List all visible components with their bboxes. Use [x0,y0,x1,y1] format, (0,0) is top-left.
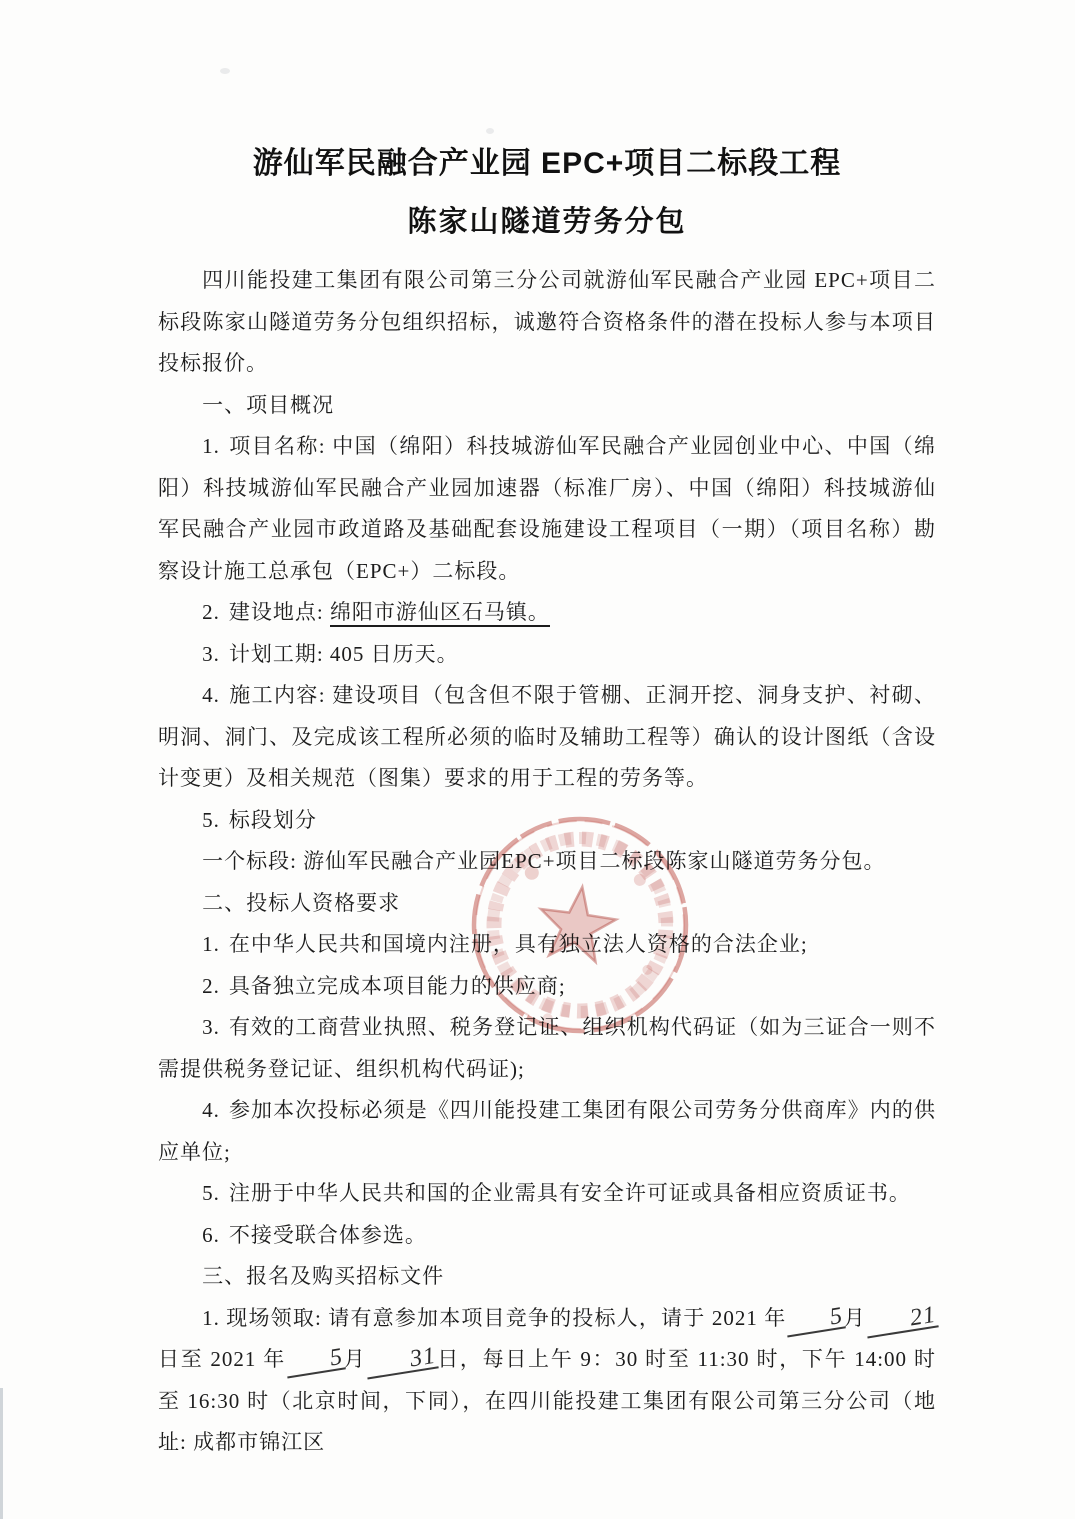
section1-heading: 一、项目概况 [158,385,936,427]
item-number: 4. [202,683,229,707]
item-number: 1. [202,932,229,956]
scan-smudge [486,128,494,134]
handwritten-month-1: 5 [784,1304,846,1337]
section1-item4: 4.施工内容: 建设项目（包含但不限于管棚、正洞开挖、洞身支护、衬砌、明洞、洞门… [158,675,936,800]
month-char: 月 [844,1306,866,1330]
section1-item2: 2.建设地点: 绵阳市游仙区石马镇。 [158,592,936,634]
item-text: 在中华人民共和国境内注册，具有独立法人资格的合法企业; [229,932,808,956]
item-number: 3. [202,642,229,666]
section2-item4: 4.参加本次投标必须是《四川能投建工集团有限公司劳务分供商库》内的供应单位; [158,1090,936,1173]
item-text: 参加本次投标必须是《四川能投建工集团有限公司劳务分供商库》内的供应单位; [158,1098,936,1164]
section1-item1: 1.项目名称: 中国（绵阳）科技城游仙军民融合产业园创业中心、中国（绵阳）科技城… [158,426,936,592]
section1-item3: 3.计划工期: 405 日历天。 [158,634,936,676]
item-text: 注册于中华人民共和国的企业需具有安全许可证或具备相应资质证书。 [229,1181,911,1205]
document-title-line1: 游仙军民融合产业园 EPC+项目二标段工程 [158,142,936,186]
item-text: 有效的工商营业执照、税务登记证、组织机构代码证（如为三证合一则不需提供税务登记证… [158,1015,936,1081]
registration-text: 日至 2021 年 [158,1347,286,1371]
handwritten-month-2: 5 [284,1346,346,1379]
item-label: 建设地点: [229,600,330,624]
intro-paragraph: 四川能投建工集团有限公司第三分公司就游仙军民融合产业园 EPC+项目二标段陈家山… [158,260,936,385]
section2-item5: 5.注册于中华人民共和国的企业需具有安全许可证或具备相应资质证书。 [158,1173,936,1215]
item-number: 2. [202,974,229,998]
registration-paragraph: 1. 现场领取: 请有意参加本项目竞争的投标人，请于 2021 年5月21日至 … [158,1298,936,1464]
item-text: 施工内容: 建设项目（包含但不限于管棚、正洞开挖、洞身支护、衬砌、明洞、洞门、及… [158,683,936,790]
item-text: 计划工期: 405 日历天。 [229,642,459,666]
scanned-tender-document-page: 游仙军民融合产业园 EPC+项目二标段工程 陈家山隧道劳务分包 四川能投建工集团… [0,0,1075,1519]
document-title-line2: 陈家山隧道劳务分包 [158,200,936,244]
section2-item3: 3.有效的工商营业执照、税务登记证、组织机构代码证（如为三证合一则不需提供税务登… [158,1007,936,1090]
item-text: 标段划分 [229,808,317,832]
scan-edge-artifact [0,1388,3,1519]
section2-item2: 2.具备独立完成本项目能力的供应商; [158,966,936,1008]
construction-site-underlined: 绵阳市游仙区石马镇。 [330,600,550,627]
item-text: 项目名称: 中国（绵阳）科技城游仙军民融合产业园创业中心、中国（绵阳）科技城游仙… [158,434,936,583]
item-number: 2. [202,600,229,624]
month-char: 月 [343,1347,366,1371]
item-number: 6. [202,1223,229,1247]
section1-item5-sub: 一个标段: 游仙军民融合产业园EPC+项目二标段陈家山隧道劳务分包。 [158,841,936,883]
section2-heading: 二、投标人资格要求 [158,883,936,925]
registration-text: 1. 现场领取: 请有意参加本项目竞争的投标人，请于 2021 年 [202,1306,786,1330]
handwritten-day-1: 21 [864,1303,939,1338]
section2-item6: 6.不接受联合体参选。 [158,1215,936,1257]
item-number: 3. [202,1015,229,1039]
section3-heading: 三、报名及购买招标文件 [158,1256,936,1298]
item-text: 具备独立完成本项目能力的供应商; [229,974,566,998]
scan-smudge [220,68,230,74]
item-number: 5. [202,1181,229,1205]
document-body: 游仙军民融合产业园 EPC+项目二标段工程 陈家山隧道劳务分包 四川能投建工集团… [158,142,936,1464]
item-number: 4. [202,1098,229,1122]
section2-item1: 1.在中华人民共和国境内注册，具有独立法人资格的合法企业; [158,924,936,966]
item-number: 1. [202,434,229,458]
handwritten-day-2: 31 [364,1344,439,1379]
item-text: 不接受联合体参选。 [229,1223,427,1247]
section1-item5: 5.标段划分 [158,800,936,842]
item-number: 5. [202,808,229,832]
